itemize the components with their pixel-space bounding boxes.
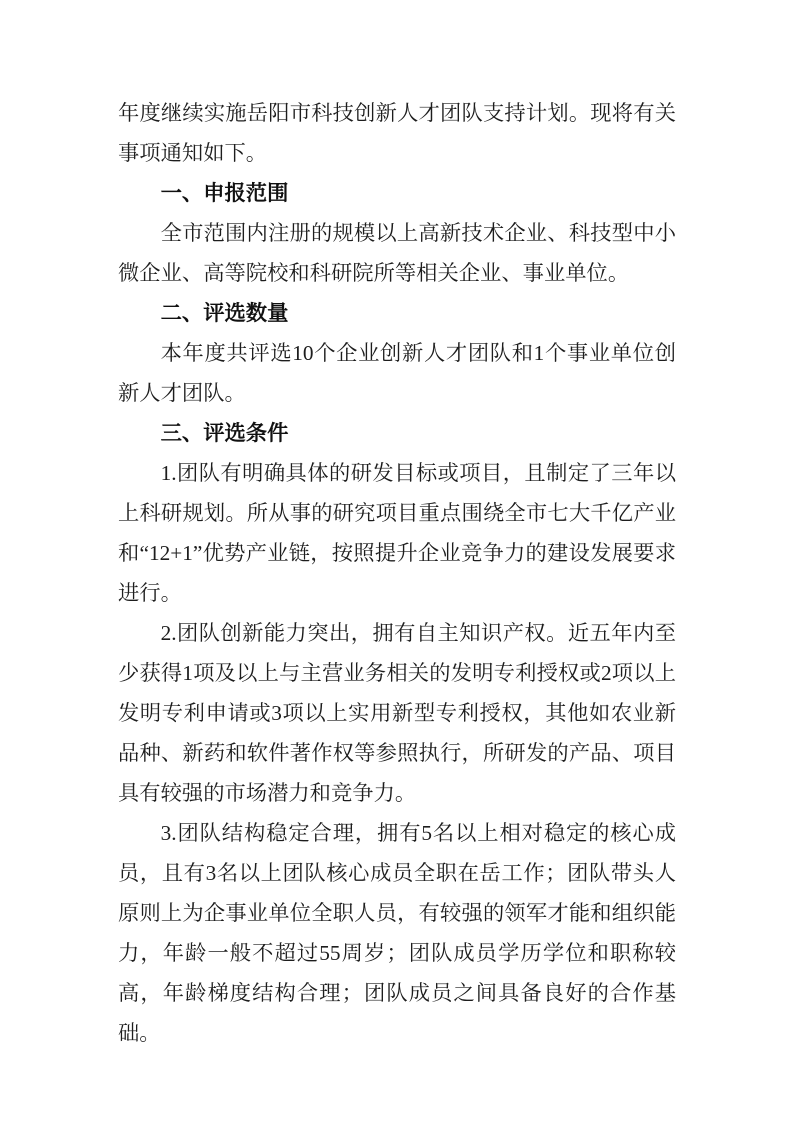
section-heading-application-scope: 一、申报范围 xyxy=(118,173,676,213)
section-heading-selection-quantity: 二、评选数量 xyxy=(118,293,676,333)
paragraph-criteria-3: 3.团队结构稳定合理，拥有5名以上相对稳定的核心成员，且有3名以上团队核心成员全… xyxy=(118,813,676,1053)
document-page: 年度继续实施岳阳市科技创新人才团队支持计划。现将有关事项通知如下。 一、申报范围… xyxy=(0,0,793,1122)
paragraph-selection-quantity: 本年度共评选10个企业创新人才团队和1个事业单位创新人才团队。 xyxy=(118,333,676,413)
paragraph-intro-continuation: 年度继续实施岳阳市科技创新人才团队支持计划。现将有关事项通知如下。 xyxy=(118,93,676,173)
paragraph-application-scope: 全市范围内注册的规模以上高新技术企业、科技型中小微企业、高等院校和科研院所等相关… xyxy=(118,213,676,293)
section-heading-selection-criteria: 三、评选条件 xyxy=(118,413,676,453)
document-body: 年度继续实施岳阳市科技创新人才团队支持计划。现将有关事项通知如下。 一、申报范围… xyxy=(118,93,676,1053)
paragraph-criteria-2: 2.团队创新能力突出，拥有自主知识产权。近五年内至少获得1项及以上与主营业务相关… xyxy=(118,613,676,813)
paragraph-criteria-1: 1.团队有明确具体的研发目标或项目，且制定了三年以上科研规划。所从事的研究项目重… xyxy=(118,453,676,613)
